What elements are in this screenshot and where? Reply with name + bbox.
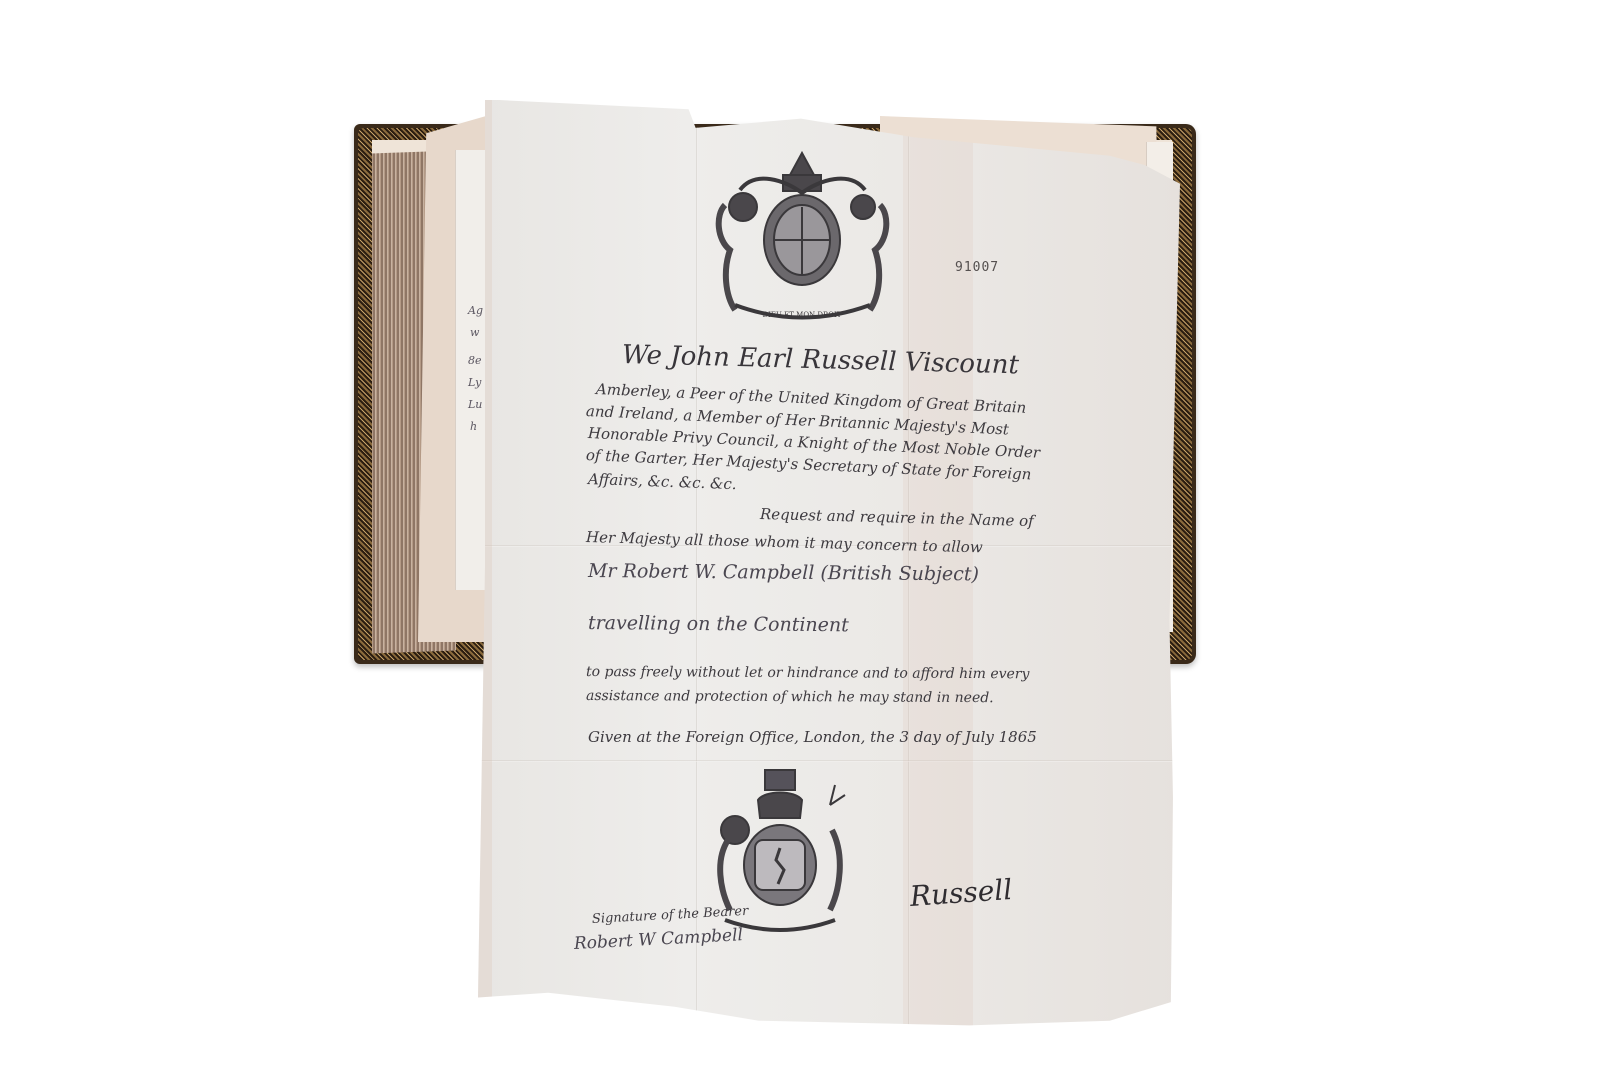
protection-line: assistance and protection of which he ma…	[586, 688, 994, 706]
travel-line: travelling on the Continent	[588, 612, 849, 636]
serial-number: 91007	[955, 260, 999, 275]
margin-note: Lu	[468, 394, 482, 416]
royal-coat-of-arms-icon: DIEU ET MON DROIT	[695, 135, 910, 325]
svg-text:DIEU ET MON DROIT: DIEU ET MON DROIT	[763, 311, 842, 319]
margin-note: w	[470, 322, 479, 344]
given-at-line: Given at the Foreign Office, London, the…	[588, 728, 1037, 746]
bearer-name: Mr Robert W. Campbell (British Subject)	[588, 560, 979, 585]
protection-line: to pass freely without let or hindrance …	[586, 664, 1030, 682]
margin-note: Ag	[468, 300, 483, 322]
margin-note: 8e	[468, 350, 482, 372]
margin-note: Ly	[468, 372, 481, 394]
margin-note: h	[470, 416, 477, 438]
